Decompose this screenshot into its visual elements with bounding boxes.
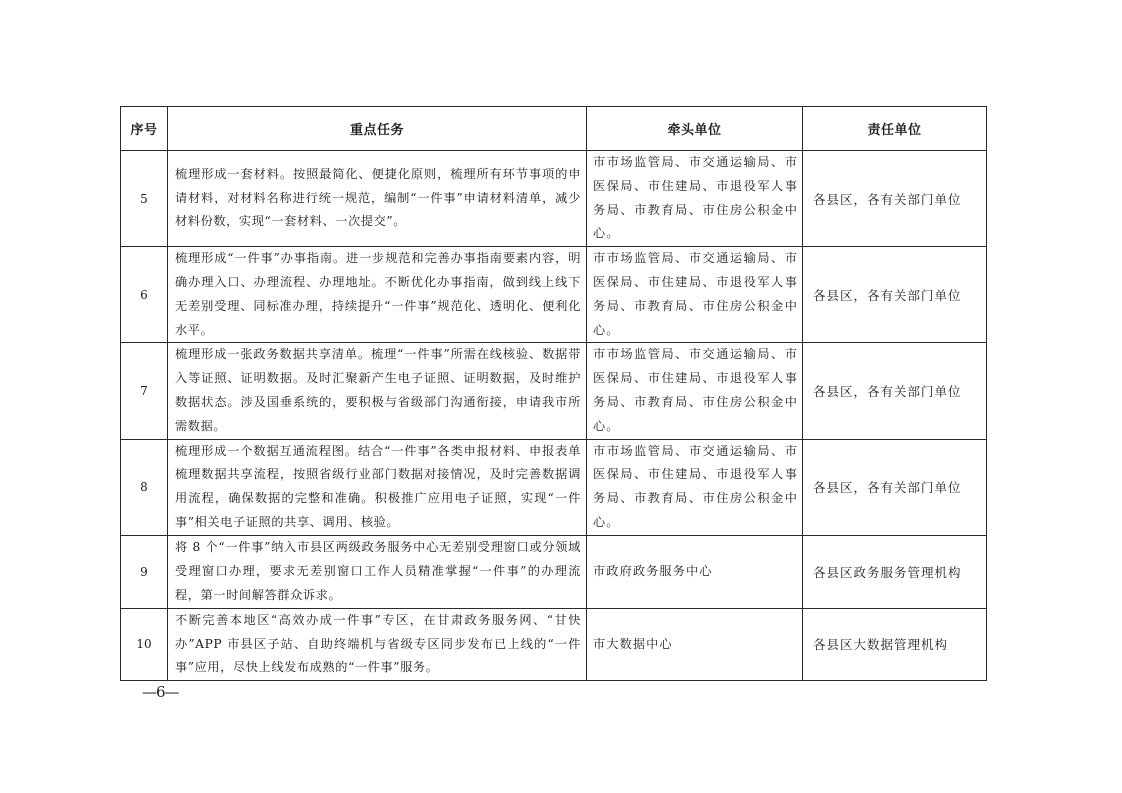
lead-unit-cell: 市市场监管局、市交通运输局、市医保局、市住建局、市退役军人事务局、市教育局、市住… — [587, 151, 803, 247]
table-row: 7 梳理形成一张政务数据共享清单。梳理“一件事”所需在线核验、数据带入等证照、证… — [121, 343, 987, 439]
task-table: 序号 重点任务 牵头单位 责任单位 5 梳理形成一套材料。按照最简化、便捷化原则… — [120, 106, 987, 681]
table-header-row: 序号 重点任务 牵头单位 责任单位 — [121, 107, 987, 151]
key-task-cell: 梳理形成一套材料。按照最简化、便捷化原则，梳理所有环节事项的申请材料，对材料名称… — [168, 151, 587, 247]
responsible-unit-cell: 各县区大数据管理机构 — [803, 608, 987, 680]
lead-unit-cell: 市市场监管局、市交通运输局、市医保局、市住建局、市退役军人事务局、市教育局、市住… — [587, 439, 803, 535]
responsible-unit-cell: 各县区，各有关部门单位 — [803, 439, 987, 535]
serial-number-cell: 9 — [121, 535, 168, 608]
header-responsible-unit: 责任单位 — [803, 107, 987, 151]
key-task-cell: 梳理形成“一件事”办事指南。进一步规范和完善办事指南要素内容，明确办理入口、办理… — [168, 247, 587, 343]
table-row: 6 梳理形成“一件事”办事指南。进一步规范和完善办事指南要素内容，明确办理入口、… — [121, 247, 987, 343]
page-number: —6— — [142, 683, 179, 701]
serial-number-cell: 6 — [121, 247, 168, 343]
lead-unit-cell: 市市场监管局、市交通运输局、市医保局、市住建局、市退役军人事务局、市教育局、市住… — [587, 343, 803, 439]
table-row: 9 将 8 个“一件事”纳入市县区两级政务服务中心无差别受理窗口或分领域受理窗口… — [121, 535, 987, 608]
lead-unit-cell: 市大数据中心 — [587, 608, 803, 680]
responsible-unit-cell: 各县区，各有关部门单位 — [803, 343, 987, 439]
header-lead-unit: 牵头单位 — [587, 107, 803, 151]
responsible-unit-cell: 各县区，各有关部门单位 — [803, 247, 987, 343]
header-serial-number: 序号 — [121, 107, 168, 151]
table-row: 5 梳理形成一套材料。按照最简化、便捷化原则，梳理所有环节事项的申请材料，对材料… — [121, 151, 987, 247]
lead-unit-cell: 市政府政务服务中心 — [587, 535, 803, 608]
key-task-cell: 不断完善本地区“高效办成一件事”专区，在甘肃政务服务网、“甘快办”APP 市县区… — [168, 608, 587, 680]
serial-number-cell: 5 — [121, 151, 168, 247]
serial-number-cell: 10 — [121, 608, 168, 680]
responsible-unit-cell: 各县区政务服务管理机构 — [803, 535, 987, 608]
serial-number-cell: 7 — [121, 343, 168, 439]
table-row: 10 不断完善本地区“高效办成一件事”专区，在甘肃政务服务网、“甘快办”APP … — [121, 608, 987, 680]
responsible-unit-cell: 各县区，各有关部门单位 — [803, 151, 987, 247]
key-task-cell: 将 8 个“一件事”纳入市县区两级政务服务中心无差别受理窗口或分领域受理窗口办理… — [168, 535, 587, 608]
serial-number-cell: 8 — [121, 439, 168, 535]
key-task-cell: 梳理形成一个数据互通流程图。结合“一件事”各类申报材料、申报表单梳理数据共享流程… — [168, 439, 587, 535]
header-key-task: 重点任务 — [168, 107, 587, 151]
lead-unit-cell: 市市场监管局、市交通运输局、市医保局、市住建局、市退役军人事务局、市教育局、市住… — [587, 247, 803, 343]
table-row: 8 梳理形成一个数据互通流程图。结合“一件事”各类申报材料、申报表单梳理数据共享… — [121, 439, 987, 535]
key-task-cell: 梳理形成一张政务数据共享清单。梳理“一件事”所需在线核验、数据带入等证照、证明数… — [168, 343, 587, 439]
